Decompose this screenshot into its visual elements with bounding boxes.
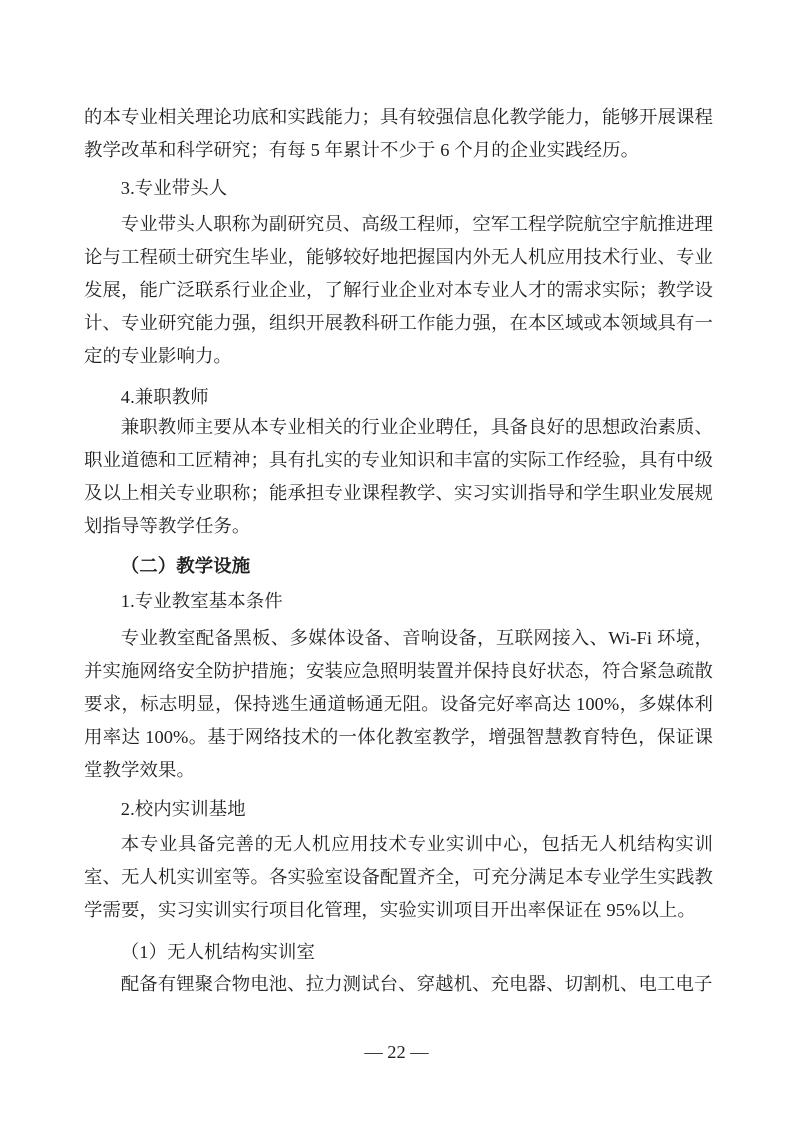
heading-4-part-time-teachers: 4.兼职教师: [84, 381, 713, 414]
paragraph-teacher-ability-continued: 的本专业相关理论功底和实践能力；具有较强信息化教学能力，能够开展课程教学改革和科…: [84, 101, 713, 167]
paragraph-uav-structure-equipment: 配备有锂聚合物电池、拉力测试台、穿越机、充电器、切割机、电工电子: [84, 968, 713, 1001]
heading-1-classroom-basic-conditions: 1.专业教室基本条件: [84, 585, 713, 618]
paragraph-on-campus-training-base: 本专业具备完善的无人机应用技术专业实训中心，包括无人机结构实训室、无人机实训室等…: [84, 828, 713, 927]
section-heading-teaching-facilities: （二）教学设施: [84, 550, 713, 583]
heading-2-on-campus-training-base: 2.校内实训基地: [84, 793, 713, 826]
heading-uav-structure-training-room: （1）无人机结构实训室: [84, 936, 713, 969]
paragraph-classroom-basic-conditions: 专业教室配备黑板、多媒体设备、音响设备，互联网接入、Wi-Fi 环境，并实施网络…: [84, 622, 713, 787]
paragraph-professional-leader: 专业带头人职称为副研究员、高级工程师，空军工程学院航空宇航推进理论与工程硕士研究…: [84, 208, 713, 373]
document-page: 的本专业相关理论功底和实践能力；具有较强信息化教学能力，能够开展课程教学改革和科…: [0, 0, 793, 1122]
heading-3-professional-leader: 3.专业带头人: [84, 172, 713, 205]
page-number: — 22 —: [364, 1042, 428, 1062]
paragraph-part-time-teachers: 兼职教师主要从本专业相关的行业企业聘任，具备良好的思想政治素质、职业道德和工匠精…: [84, 411, 713, 543]
page-footer: — 22 —: [0, 1040, 793, 1064]
